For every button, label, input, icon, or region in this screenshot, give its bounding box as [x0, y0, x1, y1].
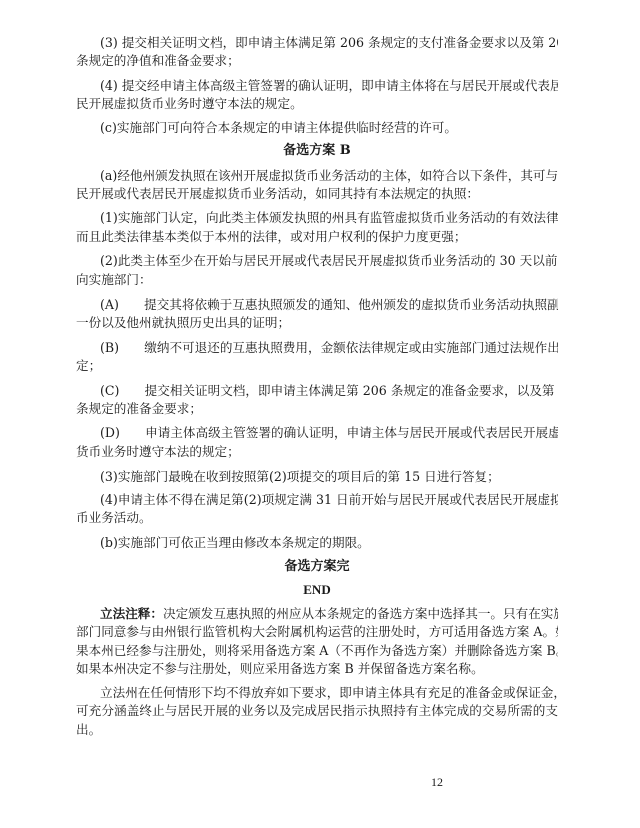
note-line-2: 部门同意参与由州银行监管机构大会附属机构运营的注册处时，方可适用备选方案 A。如	[76, 623, 558, 641]
para-C-line-2: 条规定的准备金要求；	[76, 400, 558, 418]
para-D-line-2: 货币业务时遵守本法的规定；	[76, 443, 558, 461]
para-a-line-2: 民开展或代表居民开展虚拟货币业务活动，如同其持有本法规定的执照：	[76, 185, 558, 203]
note-label: 立法注释：	[100, 606, 163, 621]
final-line-2: 可充分涵盖终止与居民开展的业务以及完成居民指示执照持有主体完成的交易所需的支	[76, 702, 558, 720]
final-line-1: 立法州在任何情形下均不得放弃如下要求，即申请主体具有充足的准备金或保证金，	[100, 684, 558, 702]
para-1-line-1: (1)实施部门认定，向此类主体颁发执照的州具有监管虚拟货币业务活动的有效法律，	[100, 209, 558, 227]
para-A-line-2: 一份以及他州就执照历史出具的证明；	[76, 314, 558, 332]
para-4b-line-2: 币业务活动。	[76, 509, 558, 527]
para-4b-line-1: (4)申请主体不得在满足第(2)项规定满 31 日前开始与居民开展或代表居民开展…	[100, 491, 558, 509]
note-line-1: 立法注释：决定颁发互惠执照的州应从本条规定的备选方案中选择其一。只有在实施	[100, 605, 558, 623]
final-line-3: 出。	[76, 721, 558, 739]
para-3-line-2: 条规定的净值和准备金要求；	[76, 52, 558, 70]
para-B-line-2: 定；	[76, 357, 558, 375]
para-2-line-1: (2)此类主体至少在开始与居民开展或代表居民开展虚拟货币业务活动的 30 天以前…	[100, 252, 558, 270]
note-line-4: 如果本州决定不参与注册处，则应采用备选方案 B 并保留备选方案名称。	[76, 660, 558, 678]
para-a-line-1: (a)经他州颁发执照在该州开展虚拟货币业务活动的主体，如符合以下条件，其可与居	[100, 167, 558, 185]
para-4-line-1: (4) 提交经申请主体高级主管签署的确认证明，即申请主体将在与居民开展或代表居	[100, 77, 558, 95]
heading-alternative-b: 备选方案 B	[76, 142, 558, 160]
para-1-line-2: 而且此类法律基本类似于本州的法律，或对用户权利的保护力度更强；	[76, 228, 558, 246]
para-C-line-1: (C) 提交相关证明文档，即申请主体满足第 206 条规定的准备金要求，以及第 …	[100, 382, 558, 400]
para-2-line-2: 向实施部门：	[76, 271, 558, 289]
para-3-line-1: (3) 提交相关证明文档，即申请主体满足第 206 条规定的支付准备金要求以及第…	[100, 34, 558, 52]
para-3b: (3)实施部门最晚在收到按照第(2)项提交的项目后的第 15 日进行答复；	[100, 468, 558, 486]
heading-alternative-end: 备选方案完	[76, 558, 558, 576]
para-D-line-1: (D) 申请主体高级主管签署的确认证明，申请主体与居民开展或代表居民开展虚拟	[100, 424, 558, 442]
para-4-line-2: 民开展虚拟货币业务时遵守本法的规定。	[76, 95, 558, 113]
para-A-line-1: (A) 提交其将依赖于互惠执照颁发的通知、他州颁发的虚拟货币业务活动执照副本	[100, 296, 558, 314]
para-b: (b)实施部门可依正当理由修改本条规定的期限。	[100, 534, 558, 552]
document-page: (3) 提交相关证明文档，即申请主体满足第 206 条规定的支付准备金要求以及第…	[0, 0, 640, 828]
para-B-line-1: (B) 缴纳不可退还的互惠执照费用，金额依法律规定或由实施部门通过法规作出规	[100, 339, 558, 357]
heading-end: END	[76, 581, 558, 599]
note-line-3: 果本州已经参与注册处，则将采用备选方案 A（不再作为备选方案）并删除备选方案 B…	[76, 642, 558, 660]
page-number: 12	[431, 775, 443, 790]
note-text-1: 决定颁发互惠执照的州应从本条规定的备选方案中选择其一。只有在实施	[163, 606, 558, 621]
para-c: (c)实施部门可向符合本条规定的申请主体提供临时经营的许可。	[100, 119, 558, 137]
